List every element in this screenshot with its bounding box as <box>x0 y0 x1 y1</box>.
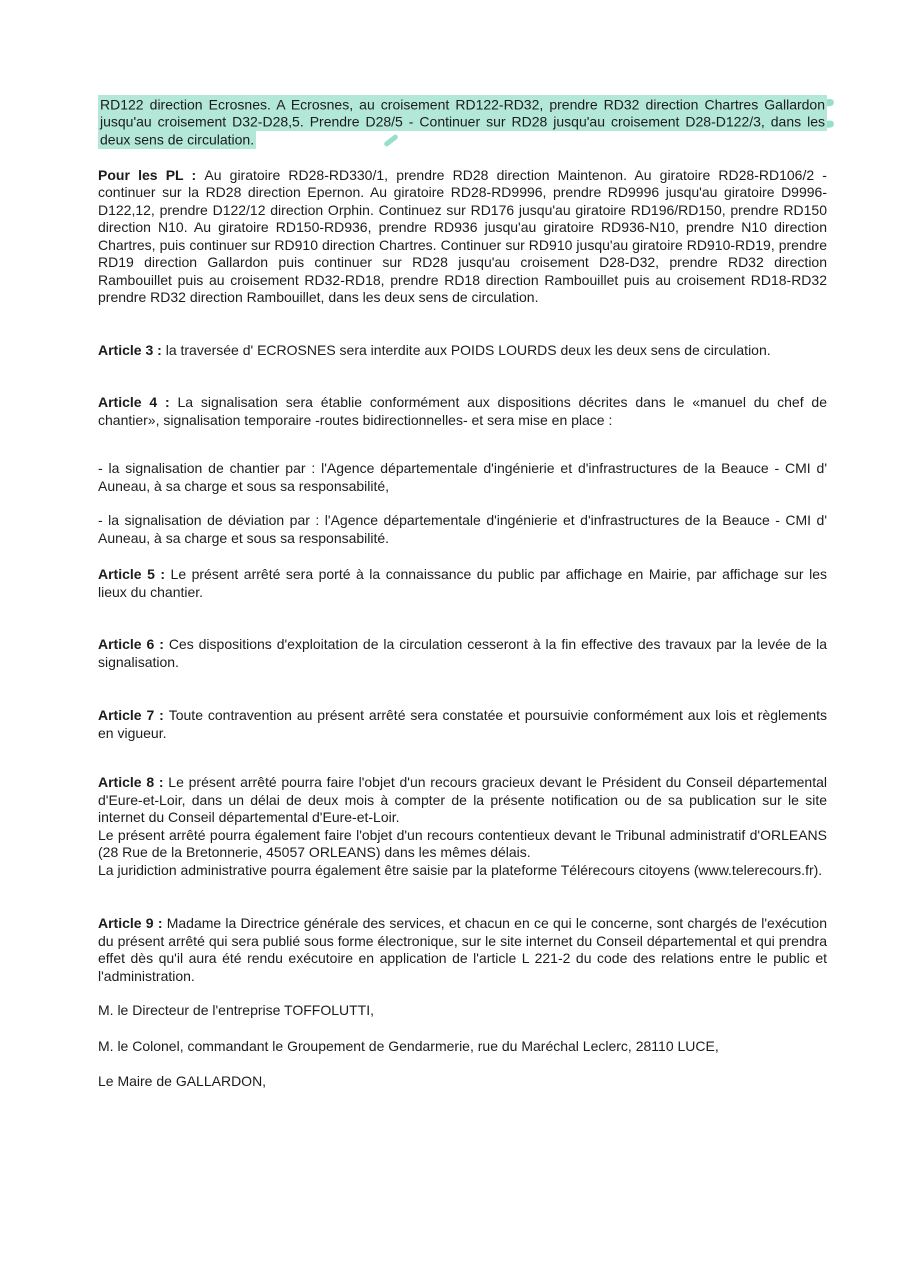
label-separator: : <box>154 636 169 652</box>
highlighted-text: RD122 direction Ecrosnes. A Ecrosnes, au… <box>98 95 827 149</box>
paragraph-text: Au giratoire RD28-RD330/1, prendre RD28 … <box>98 167 827 306</box>
article-text: Le présent arrêté pourra faire l'objet d… <box>98 774 827 825</box>
article-text-telerecours: La juridiction administrative pourra éga… <box>98 862 827 880</box>
article-label: Article 8 <box>98 774 154 790</box>
signalisation-bullet-deviation: - la signalisation de déviation par : l'… <box>98 512 827 547</box>
article-label: Article 6 <box>98 636 154 652</box>
article-text: Le présent arrêté sera porté à la connai… <box>98 566 827 600</box>
label-separator: : <box>154 915 167 931</box>
article-text-recours-contentieux: Le présent arrêté pourra également faire… <box>98 827 827 862</box>
label-separator: : <box>157 394 177 410</box>
label-separator: : <box>154 707 168 723</box>
label-separator: : <box>153 342 165 358</box>
label-separator: : <box>183 167 204 183</box>
article-label: Article 9 <box>98 915 154 931</box>
article-3: Article 3 : la traversée d' ECROSNES ser… <box>98 342 827 360</box>
article-label: Article 4 <box>98 394 157 410</box>
signalisation-bullet-chantier: - la signalisation de chantier par : l'A… <box>98 460 827 495</box>
article-text: Toute contravention au présent arrêté se… <box>98 707 827 741</box>
closing-text: M. le Colonel, commandant le Groupement … <box>98 1038 719 1054</box>
article-label: Article 7 <box>98 707 154 723</box>
paragraph-label: Pour les PL <box>98 167 183 183</box>
article-label: Article 5 <box>98 566 155 582</box>
article-5: Article 5 : Le présent arrêté sera porté… <box>98 566 827 601</box>
highlighted-route-paragraph: RD122 direction Ecrosnes. A Ecrosnes, au… <box>98 96 827 149</box>
article-label: Article 3 <box>98 342 153 358</box>
article-8: Article 8 : Le présent arrêté pourra fai… <box>98 774 827 879</box>
article-7: Article 7 : Toute contravention au prése… <box>98 707 827 742</box>
article-4: Article 4 : La signalisation sera établi… <box>98 394 827 429</box>
article-text: la traversée d' ECROSNES sera interdite … <box>166 342 771 358</box>
closing-line-colonel: M. le Colonel, commandant le Groupement … <box>98 1038 827 1056</box>
closing-line-directeur: M. le Directeur de l'entreprise TOFFOLUT… <box>98 1002 827 1020</box>
closing-line-maire: Le Maire de GALLARDON, <box>98 1073 827 1091</box>
pl-route-paragraph: Pour les PL : Au giratoire RD28-RD330/1,… <box>98 167 827 307</box>
article-text: Madame la Directrice générale des servic… <box>98 915 827 984</box>
article-6: Article 6 : Ces dispositions d'exploitat… <box>98 636 827 671</box>
document-content: RD122 direction Ecrosnes. A Ecrosnes, au… <box>98 96 827 1091</box>
label-separator: : <box>155 566 171 582</box>
document-page: RD122 direction Ecrosnes. A Ecrosnes, au… <box>0 0 900 1272</box>
article-text: La signalisation sera établie conforméme… <box>98 394 827 428</box>
article-9: Article 9 : Madame la Directrice général… <box>98 915 827 985</box>
bullet-text: - la signalisation de déviation par : l'… <box>98 512 827 546</box>
closing-text: Le Maire de GALLARDON, <box>98 1073 266 1089</box>
article-text: Ces dispositions d'exploitation de la ci… <box>98 636 827 670</box>
label-separator: : <box>154 774 168 790</box>
bullet-text: - la signalisation de chantier par : l'A… <box>98 460 827 494</box>
closing-text: M. le Directeur de l'entreprise TOFFOLUT… <box>98 1002 374 1018</box>
